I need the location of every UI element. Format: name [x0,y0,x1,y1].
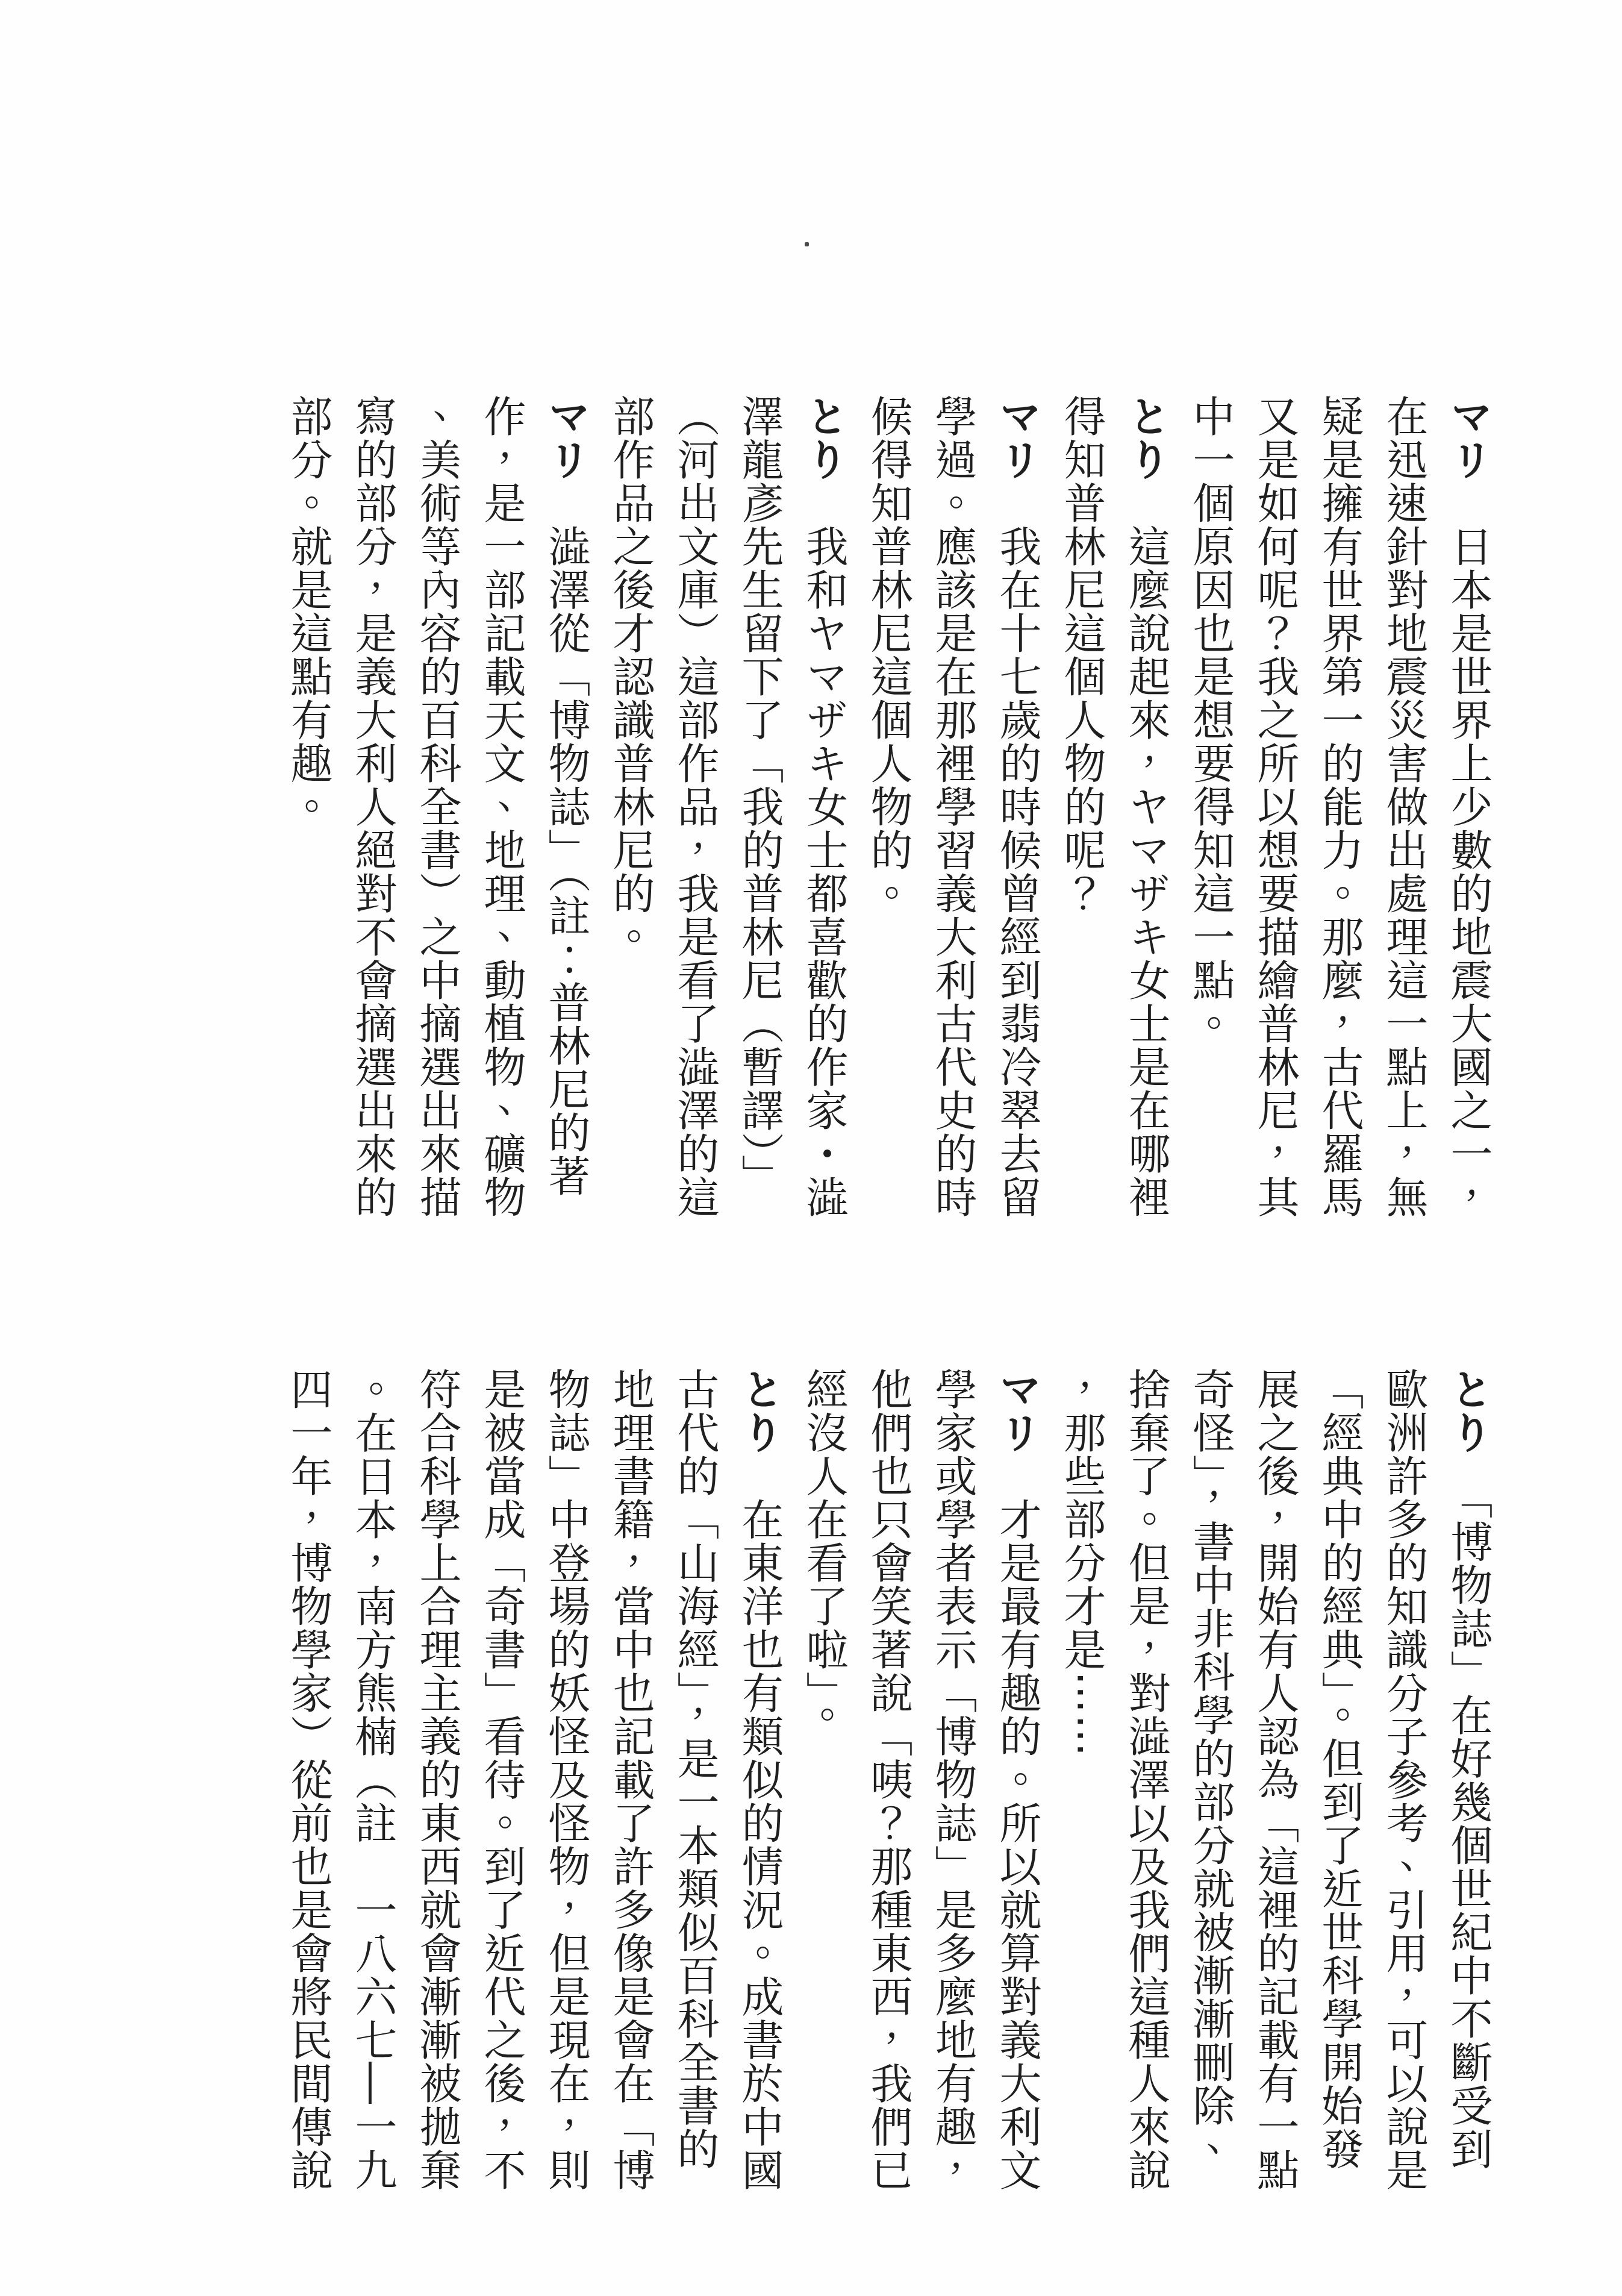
paragraph-text: 澁澤從「博物誌」（註：普林尼的著 作，是一部記載天文、地理、動植物、礦物 、美術… [284,395,591,1219]
paragraph-text: 這麼說起來，ヤマザキ女士是在哪裡 得知普林尼這個人物的呢？ [1057,395,1171,1219]
dialogue-paragraph: とり 在東洋也有類似的情況。成書於中國 古代的「山海經」，是一本類似百科全書的 … [276,1368,791,2192]
speaker-label: マリ [1444,395,1493,481]
paragraph-text: 我在十七歲的時候曾經到翡冷翠去留 學過。應該是在那裡學習義大利古代史的時 候得知… [864,395,1042,1219]
dialogue-paragraph: マリ 我在十七歲的時候曾經到翡冷翠去留 學過。應該是在那裡學習義大利古代史的時 … [856,395,1049,1219]
speaker-label: マリ [993,1368,1042,1454]
speaker-label: とり [799,395,849,481]
bottom-dialogue-block: とり 「博物誌」在好幾個世紀中不斷受到 歐洲許多的知識分子參考、引用，可以說是 … [276,1368,1500,2192]
speaker-label: とり [1121,395,1171,481]
paragraph-text: 在東洋也有類似的情況。成書於中國 古代的「山海經」，是一本類似百科全書的 地理書… [284,1368,784,2192]
paragraph-text: 日本是世界上少數的地震大國之一， 在迅速針對地震災害做出處理這一點上，無 疑是擁… [1186,395,1493,1219]
top-dialogue-block: マリ 日本是世界上少數的地震大國之一， 在迅速針對地震災害做出處理這一點上，無 … [276,395,1500,1219]
paragraph-text: 我和ヤマザキ女士都喜歡的作家・澁 澤龍彥先生留下了「我的普林尼（暫譯）」 （河出… [606,395,849,1219]
dialogue-paragraph: とり 「博物誌」在好幾個世紀中不斷受到 歐洲許多的知識分子參考、引用，可以說是 … [1049,1368,1500,2192]
speaker-label: マリ [541,395,591,481]
book-page: マリ 日本是世界上少數的地震大國之一， 在迅速針對地震災害做出處理這一點上，無 … [0,0,1622,2296]
speaker-label: とり [1444,1368,1493,1454]
dialogue-paragraph: とり 這麼說起來，ヤマザキ女士是在哪裡 得知普林尼這個人物的呢？ [1049,395,1178,1219]
dialogue-paragraph: マリ 才是最有趣的。所以就算對義大利文 學家或學者表示「博物誌」是多麼地有趣， … [791,1368,1049,2192]
paragraph-text: 「博物誌」在好幾個世紀中不斷受到 歐洲許多的知識分子參考、引用，可以說是 「經典… [1057,1368,1493,2192]
ink-speck [805,242,809,246]
dialogue-paragraph: とり 我和ヤマザキ女士都喜歡的作家・澁 澤龍彥先生留下了「我的普林尼（暫譯）」 … [598,395,856,1219]
speaker-label: とり [735,1368,784,1454]
dialogue-paragraph: マリ 日本是世界上少數的地震大國之一， 在迅速針對地震災害做出處理這一點上，無 … [1178,395,1500,1219]
paragraph-text: 才是最有趣的。所以就算對義大利文 學家或學者表示「博物誌」是多麼地有趣， 他們也… [799,1368,1042,2192]
speaker-label: マリ [993,395,1042,481]
dialogue-paragraph: マリ 澁澤從「博物誌」（註：普林尼的著 作，是一部記載天文、地理、動植物、礦物 … [276,395,598,1219]
